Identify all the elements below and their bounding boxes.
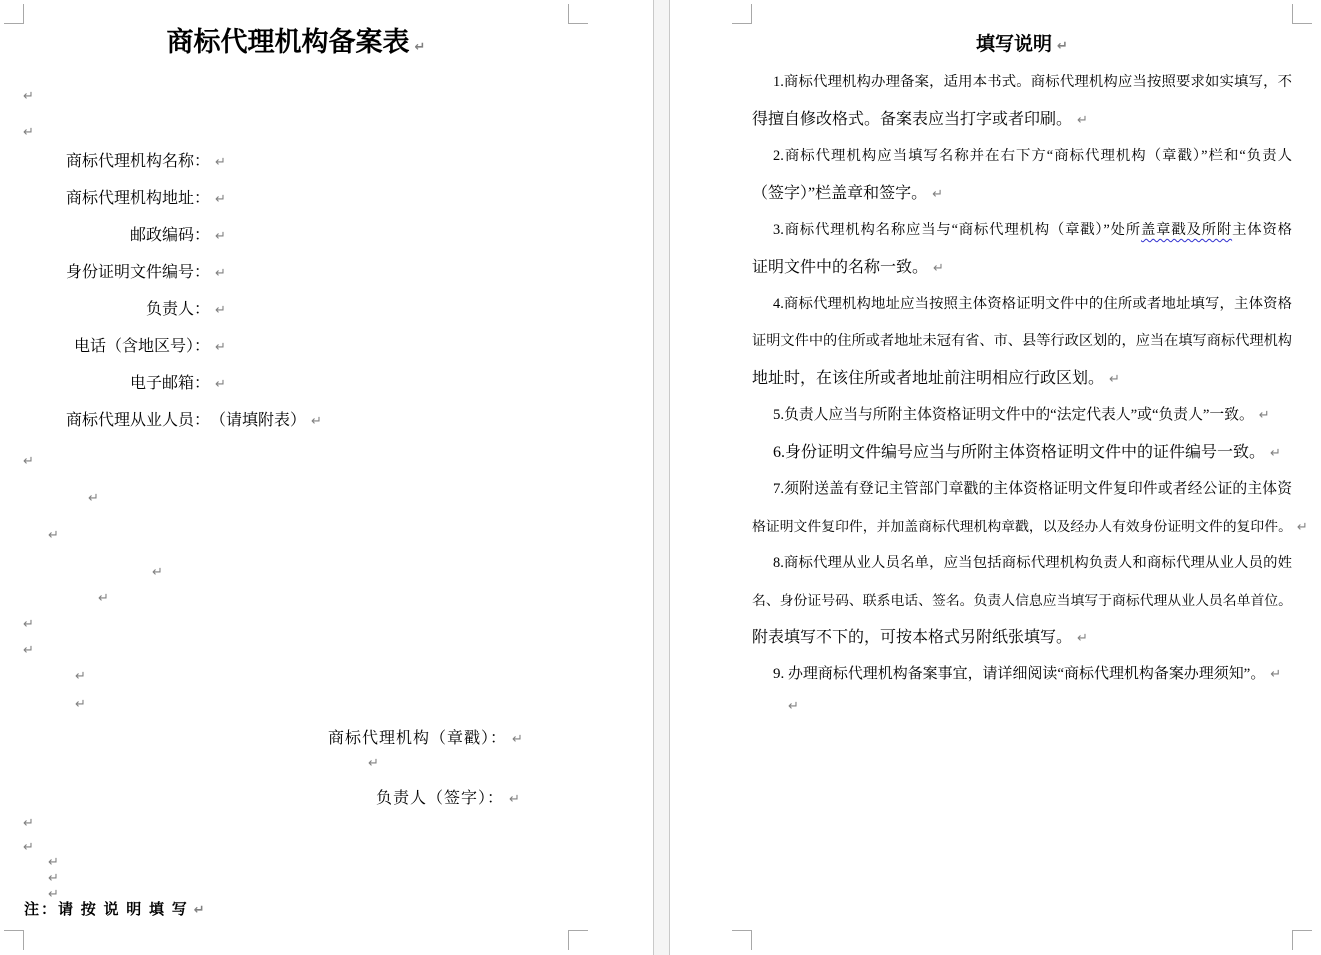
pilcrow-mark: ↵ <box>75 670 86 683</box>
instruction-line: 格证明文件复印件，并加盖商标代理机构章戳，以及经办人有效身份证明文件的复印件。↵ <box>752 508 1292 545</box>
instruction-text: 5.负责人应当与所附主体资格证明文件中的“法定代表人”或“负责人”一致。 <box>773 407 1254 423</box>
form-field-row: 负责人：↵ <box>24 299 584 321</box>
pilcrow-mark: ↵ <box>23 618 34 631</box>
instruction-text: 3.商标代理机构名称应当与“商标代理机构（章戳）”处所 <box>773 222 1141 238</box>
pilcrow-mark: ↵ <box>1057 39 1068 54</box>
field-label: 电话（含地区号）： <box>24 336 210 358</box>
instruction-line: 4.商标代理机构地址应当按照主体资格证明文件中的住所或者地址填写，主体资格 <box>752 286 1292 323</box>
field-label: 身份证明文件编号： <box>24 262 210 284</box>
pilcrow-mark: ↵ <box>23 841 34 854</box>
pilcrow-mark: ↵ <box>215 377 226 392</box>
pilcrow-mark: ↵ <box>48 888 59 901</box>
instruction-text: 主体资格 <box>1232 222 1292 238</box>
pilcrow-mark: ↵ <box>1259 408 1270 423</box>
wavy-underlined-text: 盖章戳及所附 <box>1141 222 1232 238</box>
pilcrow-mark: ↵ <box>215 266 226 281</box>
pilcrow-mark: ↵ <box>509 792 521 807</box>
instructions-title-text: 填写说明 <box>976 34 1052 55</box>
margin-crop-mark <box>732 930 752 950</box>
pilcrow-mark: ↵ <box>415 40 426 55</box>
instruction-text: 格证明文件复印件，并加盖商标代理机构章戳，以及经办人有效身份证明文件的复印件。 <box>752 519 1292 534</box>
instruction-line: （签字）”栏盖章和签字。↵ <box>752 175 1292 212</box>
instruction-line: 7.须附送盖有登记主管部门章戳的主体资格证明文件复印件或者经公证的主体资 <box>752 471 1292 508</box>
instruction-line: 9. 办理商标代理机构备案事宜，请详细阅读“商标代理机构备案办理须知”。↵ <box>752 656 1292 693</box>
instruction-line: 附表填写不下的，可按本格式另附纸张填写。↵ <box>752 619 1292 656</box>
instruction-text: 9. 办理商标代理机构备案事宜，请详细阅读“商标代理机构备案办理须知”。 <box>773 666 1265 682</box>
instruction-line: 1.商标代理机构办理备案，适用本书式。商标代理机构应当按照要求如实填写，不 <box>752 64 1292 101</box>
form-field-row: 商标代理从业人员：（请填附表）↵ <box>24 410 584 432</box>
field-label: 负责人： <box>24 299 210 321</box>
pilcrow-mark: ↵ <box>1270 667 1281 682</box>
pilcrow-mark: ↵ <box>215 303 226 318</box>
form-field-row: 商标代理机构名称：↵ <box>24 151 584 173</box>
instruction-line: 8.商标代理从业人员名单，应当包括商标代理机构负责人和商标代理从业人员的姓 <box>752 545 1292 582</box>
field-label: 商标代理机构地址： <box>24 188 210 210</box>
pilcrow-mark: ↵ <box>932 187 943 202</box>
pilcrow-mark: ↵ <box>88 492 99 505</box>
instruction-text: （签字）”栏盖章和签字。 <box>752 185 927 202</box>
instruction-text: 证明文件中的名称一致。 <box>752 259 928 276</box>
pilcrow-mark: ↵ <box>933 261 944 276</box>
instruction-text: 6.身份证明文件编号应当与所附主体资格证明文件中的证件编号一致。 <box>773 444 1265 461</box>
margin-crop-mark <box>4 930 24 950</box>
margin-crop-mark <box>1292 930 1312 950</box>
instruction-line: 地址时，在该住所或者地址前注明相应行政区划。↵ <box>752 360 1292 397</box>
pilcrow-mark: ↵ <box>48 872 59 885</box>
pilcrow-mark: ↵ <box>1077 631 1088 646</box>
instruction-line: 得擅自修改格式。备案表应当打字或者印刷。↵ <box>752 101 1292 138</box>
instruction-text: 附表填写不下的，可按本格式另附纸张填写。 <box>752 629 1072 646</box>
margin-crop-mark <box>1292 4 1312 24</box>
instruction-text: 4.商标代理机构地址应当按照主体资格证明文件中的住所或者地址填写，主体资格 <box>773 296 1292 312</box>
stamp-line: 商标代理机构（章戳）：↵ <box>328 725 524 748</box>
margin-crop-mark <box>4 4 24 24</box>
margin-crop-mark <box>732 4 752 24</box>
instruction-line: 6.身份证明文件编号应当与所附主体资格证明文件中的证件编号一致。↵ <box>752 434 1292 471</box>
pilcrow-mark: ↵ <box>1109 372 1120 387</box>
pilcrow-mark: ↵ <box>23 644 34 657</box>
page-form <box>0 0 653 955</box>
margin-crop-mark <box>568 4 588 24</box>
instruction-line: 证明文件中的住所或者地址未冠有省、市、县等行政区划的，应当在填写商标代理机构 <box>752 323 1292 360</box>
instructions-body: 1.商标代理机构办理备案，适用本书式。商标代理机构应当按照要求如实填写，不得擅自… <box>752 64 1292 693</box>
pilcrow-mark: ↵ <box>788 700 799 713</box>
instruction-text: 名、身份证号码、联系电话、签名。负责人信息应当填写于商标代理从业人员名单首位。 <box>752 593 1292 608</box>
pilcrow-mark: ↵ <box>23 455 34 468</box>
instruction-line: 2.商标代理机构应当填写名称并在右下方“商标代理机构（章戳）”栏和“负责人 <box>752 138 1292 175</box>
instruction-line: 3.商标代理机构名称应当与“商标代理机构（章戳）”处所盖章戳及所附主体资格 <box>752 212 1292 249</box>
form-title-text: 商标代理机构备案表 <box>167 27 410 57</box>
form-field-row: 身份证明文件编号：↵ <box>24 262 584 284</box>
pilcrow-mark: ↵ <box>1297 520 1308 535</box>
pilcrow-mark: ↵ <box>215 229 226 244</box>
instruction-line: 证明文件中的名称一致。↵ <box>752 249 1292 286</box>
pilcrow-mark: ↵ <box>48 856 59 869</box>
pilcrow-mark: ↵ <box>194 903 207 918</box>
instructions-title: 填写说明↵ <box>752 33 1292 57</box>
field-label: 电子邮箱： <box>24 373 210 395</box>
pilcrow-mark: ↵ <box>75 698 86 711</box>
pilcrow-mark: ↵ <box>23 817 34 830</box>
pilcrow-mark: ↵ <box>215 192 226 207</box>
pilcrow-mark: ↵ <box>512 732 524 747</box>
field-label: 商标代理机构名称： <box>24 151 210 173</box>
pilcrow-mark: ↵ <box>23 126 34 139</box>
document-canvas: 商标代理机构备案表↵ 商标代理机构名称：↵商标代理机构地址：↵邮政编码：↵身份证… <box>0 0 1321 955</box>
field-label: 邮政编码： <box>24 225 210 247</box>
form-field-row: 邮政编码：↵ <box>24 225 584 247</box>
pilcrow-mark: ↵ <box>215 155 226 170</box>
instruction-text: 8.商标代理从业人员名单，应当包括商标代理机构负责人和商标代理从业人员的姓 <box>773 555 1292 571</box>
instruction-text: 证明文件中的住所或者地址未冠有省、市、县等行政区划的，应当在填写商标代理机构 <box>752 333 1292 349</box>
sign-line: 负责人（签字）：↵ <box>376 785 521 808</box>
instruction-line: 名、身份证号码、联系电话、签名。负责人信息应当填写于商标代理从业人员名单首位。 <box>752 582 1292 619</box>
form-field-row: 电话（含地区号）：↵ <box>24 336 584 358</box>
pilcrow-mark: ↵ <box>152 566 163 579</box>
instruction-line: 5.负责人应当与所附主体资格证明文件中的“法定代表人”或“负责人”一致。↵ <box>752 397 1292 434</box>
pilcrow-mark: ↵ <box>1077 113 1088 128</box>
instruction-text: 2.商标代理机构应当填写名称并在右下方“商标代理机构（章戳）”栏和“负责人 <box>773 148 1292 164</box>
pilcrow-mark: ↵ <box>311 414 322 429</box>
field-label: 商标代理从业人员： <box>24 410 210 432</box>
pilcrow-mark: ↵ <box>215 340 226 355</box>
form-field-row: 电子邮箱：↵ <box>24 373 584 395</box>
note-text: 注：请 按 说 明 填 写 <box>24 902 189 918</box>
sign-label: 负责人（签字）： <box>376 790 504 807</box>
instruction-text: 地址时，在该住所或者地址前注明相应行政区划。 <box>752 370 1104 387</box>
form-title: 商标代理机构备案表↵ <box>24 24 568 60</box>
pilcrow-mark: ↵ <box>48 529 59 542</box>
pilcrow-mark: ↵ <box>23 90 34 103</box>
field-suffix: （请填附表） <box>210 412 306 429</box>
instruction-text: 1.商标代理机构办理备案，适用本书式。商标代理机构应当按照要求如实填写，不 <box>773 74 1292 90</box>
form-field-row: 商标代理机构地址：↵ <box>24 188 584 210</box>
pilcrow-mark: ↵ <box>98 592 109 605</box>
page-gap-divider <box>653 0 670 955</box>
instruction-text: 得擅自修改格式。备案表应当打字或者印刷。 <box>752 111 1072 128</box>
stamp-label: 商标代理机构（章戳）： <box>328 730 507 747</box>
pilcrow-mark: ↵ <box>1270 446 1281 461</box>
pilcrow-mark: ↵ <box>368 757 379 770</box>
instruction-text: 7.须附送盖有登记主管部门章戳的主体资格证明文件复印件或者经公证的主体资 <box>773 481 1292 497</box>
margin-crop-mark <box>568 930 588 950</box>
